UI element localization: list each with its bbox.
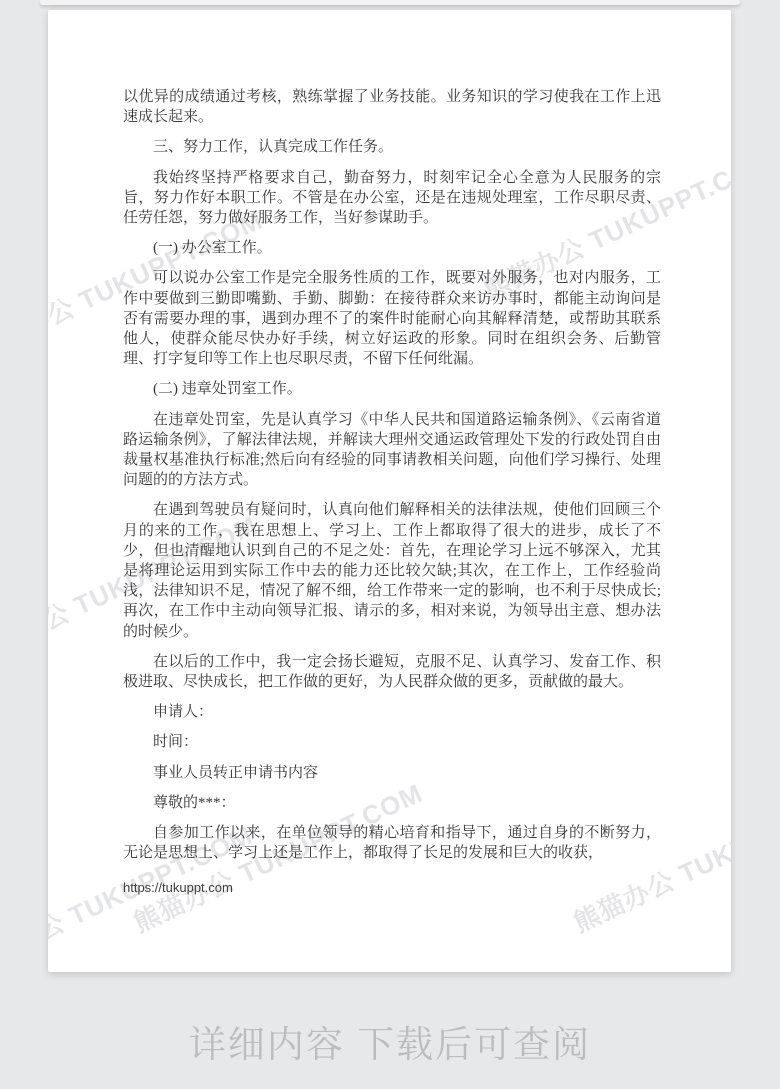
previous-page-edge [40, 0, 740, 5]
paragraph: 申请人： [123, 702, 661, 722]
paragraph: 事业人员转正申请书内容 [123, 763, 661, 783]
paragraph: (一) 办公室工作。 [123, 238, 661, 258]
paragraph: 三、努力工作，认真完成工作任务。 [123, 137, 661, 157]
document-body: 以优异的成绩通过考核，熟练掌握了业务技能。业务知识的学习使我在工作上迅速成长起来… [48, 10, 731, 898]
page-url: https://tukuppt.com [123, 878, 661, 898]
paragraph: 我始终坚持严格要求自己，勤奋努力，时刻牢记全心全意为人民服务的宗旨，努力作好本职… [123, 168, 661, 229]
paragraph: 在违章处罚室，先是认真学习《中华人民共和国道路运输条例》、《云南省道路运输条例》… [123, 410, 661, 491]
paragraph: 以优异的成绩通过考核，熟练掌握了业务技能。业务知识的学习使我在工作上迅速成长起来… [123, 87, 661, 127]
paragraph: 自参加工作以来，在单位领导的精心培育和指导下，通过自身的不断努力，无论是思想上、… [123, 823, 661, 863]
document-preview: 熊猫办公 TUKUPPT.COM 熊猫办公 TUKUPPT.COM 熊猫办公 T… [0, 0, 780, 1089]
paragraph: 可以说办公室工作是完全服务性质的工作，既要对外服务，也对内服务，工作中要做到三勤… [123, 268, 661, 369]
footer-caption: 详细内容 下载后可查阅 [0, 1014, 780, 1068]
paragraph: (二) 违章处罚室工作。 [123, 379, 661, 399]
document-page: 熊猫办公 TUKUPPT.COM 熊猫办公 TUKUPPT.COM 熊猫办公 T… [48, 10, 731, 972]
paragraph: 在遇到驾驶员有疑问时，认真向他们解释相关的法律法规，使他们回顾三个月的来的工作，… [123, 500, 661, 641]
paragraph: 尊敬的***： [123, 793, 661, 813]
paragraph: 在以后的工作中，我一定会扬长避短，克服不足、认真学习、发奋工作、积极进取、尽快成… [123, 652, 661, 692]
paragraph: 时间： [123, 732, 661, 752]
